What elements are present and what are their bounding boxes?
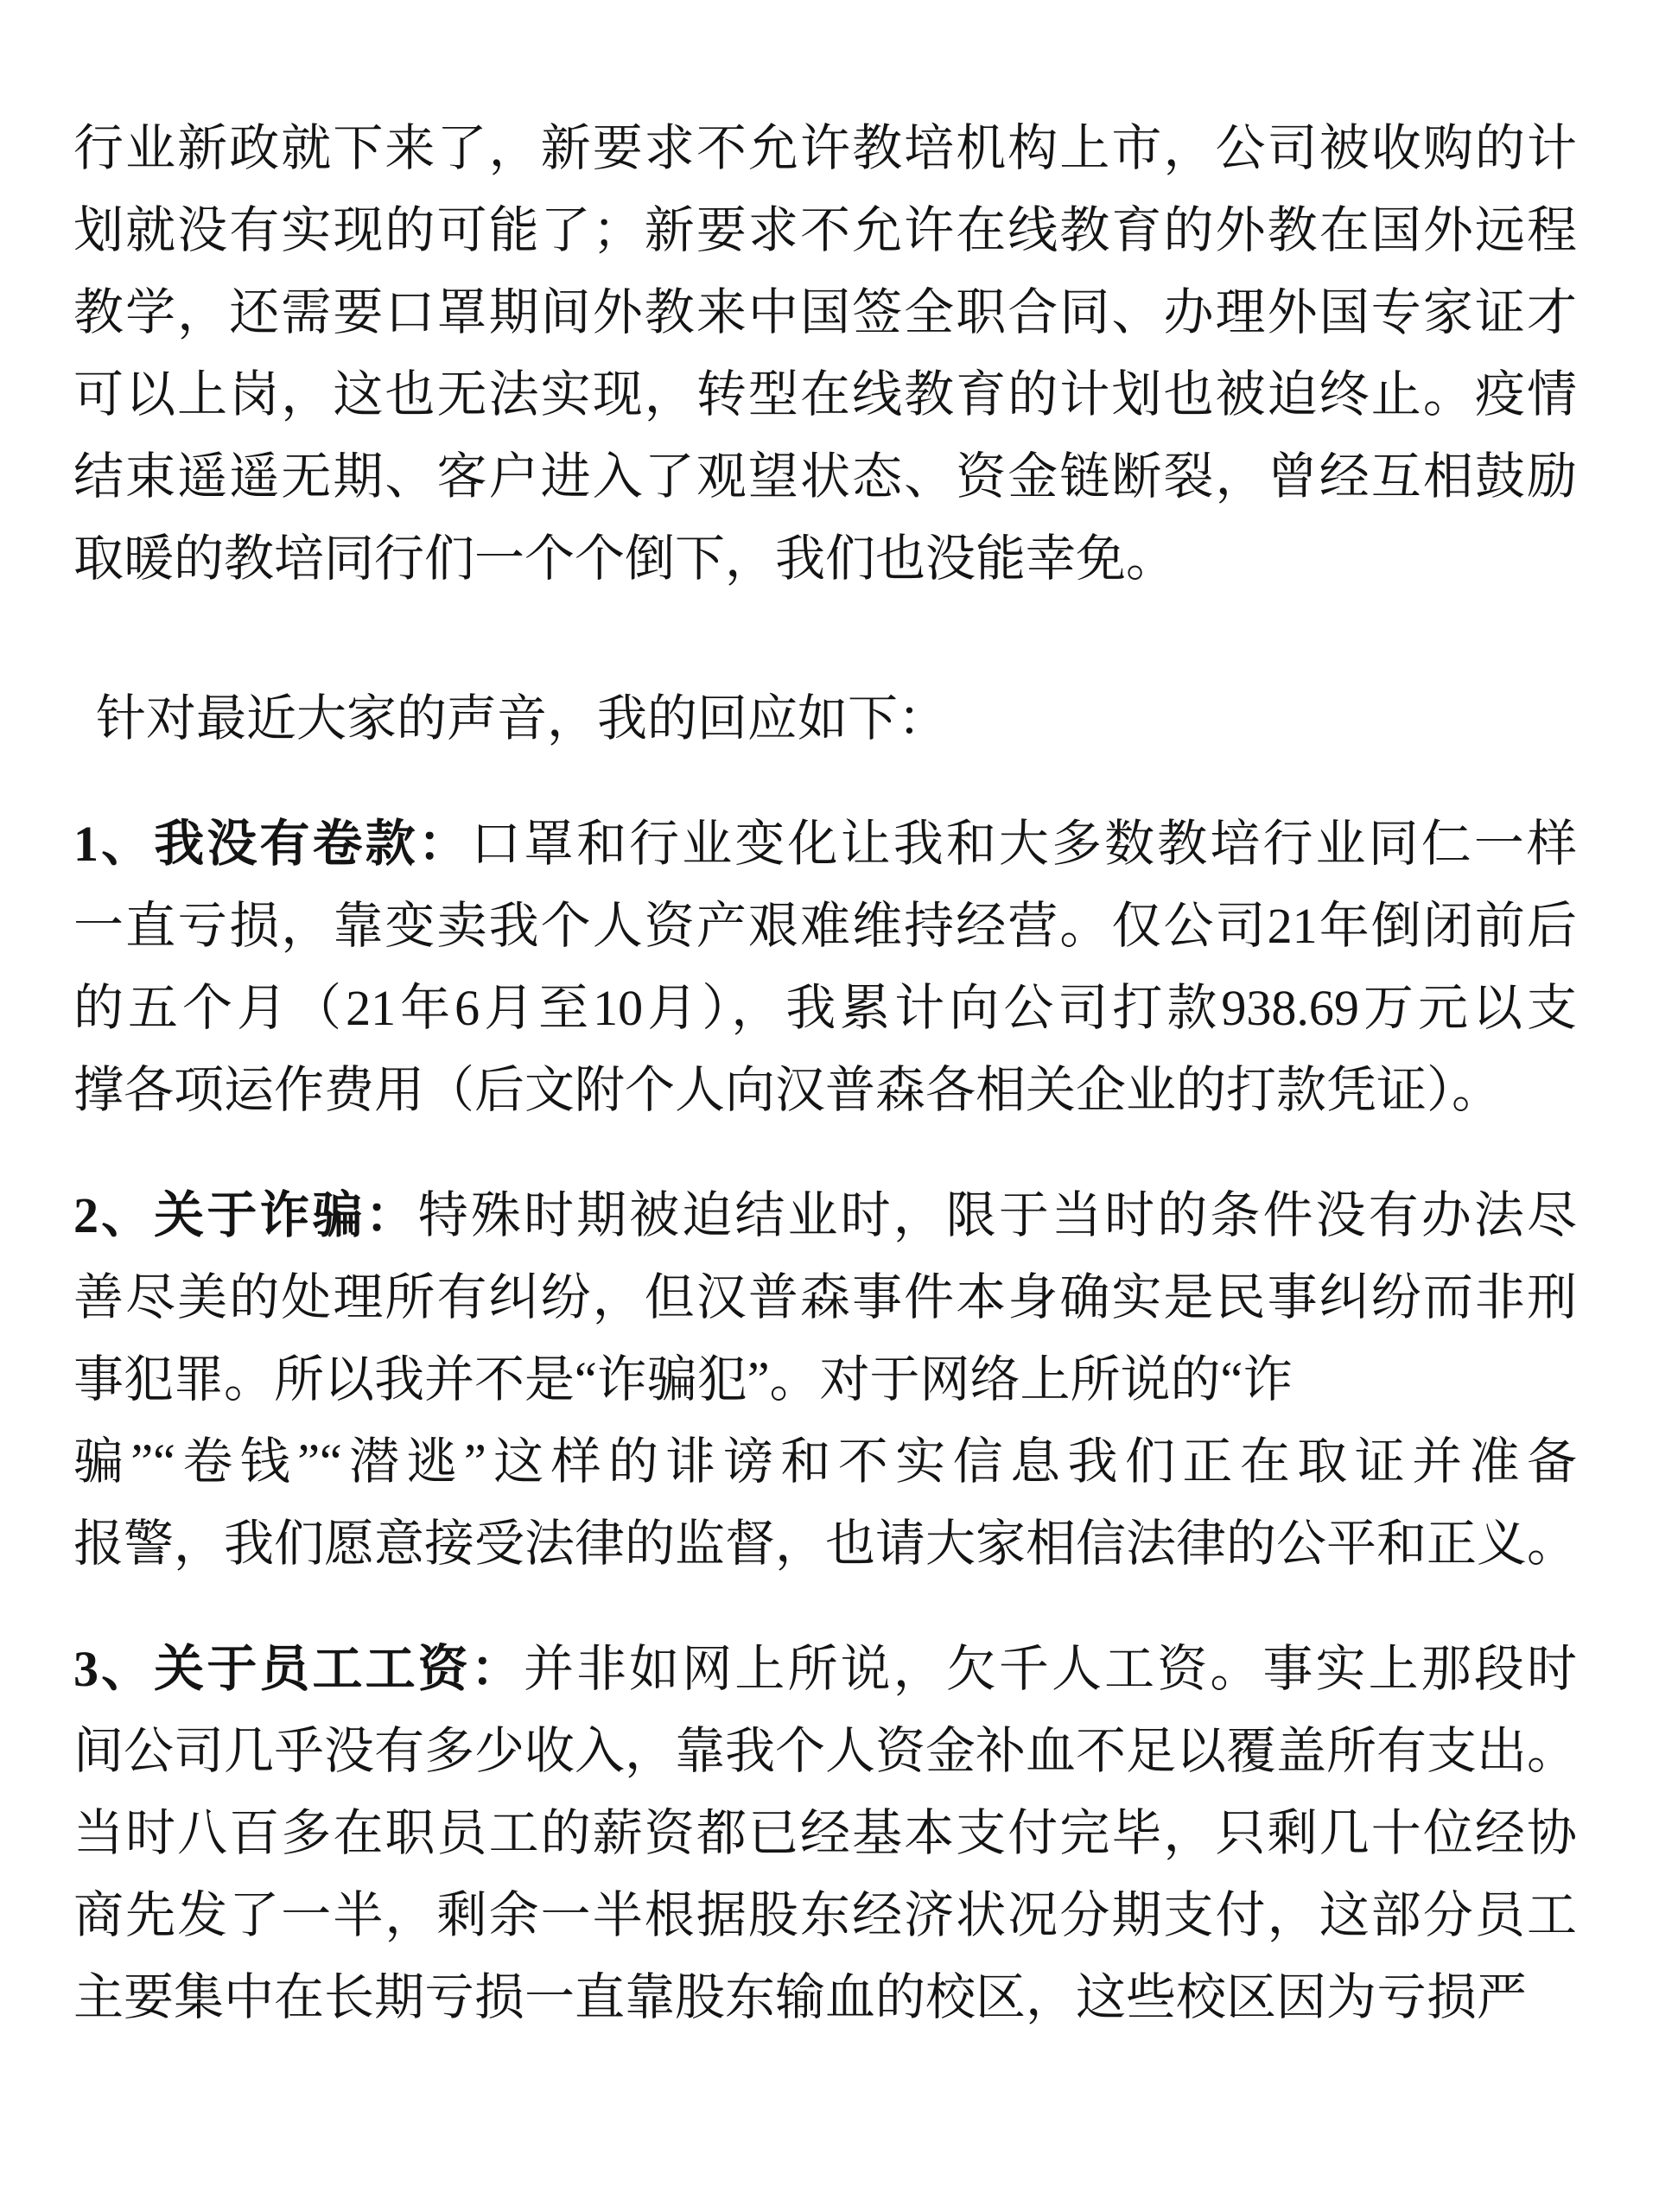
text-run: 结束遥遥无期、客户进入了观望状态、资金链断裂，曾经互相鼓励 (73, 448, 1577, 505)
text-line: 商先发了一半，剩余一半根据股东经济状况分期支付，这部分员工 (73, 1874, 1577, 1956)
bold-lead-run: 2、关于诈骗： (73, 1187, 418, 1243)
text-line: 骗”“卷钱”“潜逃”这样的诽谤和不实信息我们正在取证并准备 (73, 1421, 1577, 1503)
text-line: 教学，还需要口罩期间外教来中国签全职合同、办理外国专家证才 (73, 271, 1577, 353)
text-run: 教学，还需要口罩期间外教来中国签全职合同、办理外国专家证才 (73, 284, 1577, 340)
text-line: 3、关于员工工资：并非如网上所说，欠千人工资。事实上那段时 (73, 1628, 1577, 1710)
text-line: 事犯罪。所以我并不是“诈骗犯”。对于网络上所说的“诈 (73, 1338, 1577, 1421)
text-line: 2、关于诈骗：特殊时期被迫结业时，限于当时的条件没有办法尽 (73, 1174, 1577, 1256)
text-run: 划就没有实现的可能了；新要求不允许在线教育的外教在国外远程 (73, 202, 1577, 258)
text-run: 行业新政就下来了，新要求不允许教培机构上市，公司被收购的计 (73, 120, 1577, 176)
text-line: 结束遥遥无期、客户进入了观望状态、资金链断裂，曾经互相鼓励 (73, 435, 1577, 518)
text-run: 撑各项运作费用（后文附个人向汉普森各相关企业的打款凭证）。 (73, 1062, 1502, 1118)
text-line: 行业新政就下来了，新要求不允许教培机构上市，公司被收购的计 (73, 107, 1577, 189)
text-run: 一直亏损，靠变卖我个人资产艰难维持经营。仅公司21年倒闭前后 (73, 898, 1577, 954)
text-run: 针对最近大家的声音，我的回应如下： (96, 690, 948, 747)
text-run: 事犯罪。所以我并不是“诈骗犯”。对于网络上所说的“诈 (73, 1351, 1293, 1408)
item-2-about-fraud-claims: 2、关于诈骗：特殊时期被迫结业时，限于当时的条件没有办法尽善尽美的处理所有纠纷，… (73, 1174, 1577, 1585)
text-line: 间公司几乎没有多少收入，靠我个人资金补血不足以覆盖所有支出。 (73, 1710, 1577, 1792)
text-line: 当时八百多在职员工的薪资都已经基本支付完毕，只剩几十位经协 (73, 1792, 1577, 1874)
bold-lead-run: 3、关于员工工资： (73, 1641, 524, 1697)
text-line: 划就没有实现的可能了；新要求不允许在线教育的外教在国外远程 (73, 189, 1577, 271)
text-line: 的五个月（21年6月至10月），我累计向公司打款938.69万元以支 (73, 967, 1577, 1049)
item-1-no-absconding-with-money: 1、我没有卷款：口罩和行业变化让我和大多数教培行业同仁一样一直亏损，靠变卖我个人… (73, 803, 1577, 1131)
text-run: 主要集中在长期亏损一直靠股东输血的校区，这些校区因为亏损严 (73, 1969, 1527, 2025)
text-run: 取暖的教培同行们一个个倒下，我们也没能幸免。 (73, 531, 1176, 587)
document-body: 行业新政就下来了，新要求不允许教培机构上市，公司被收购的计划就没有实现的可能了；… (0, 0, 1659, 2038)
text-run: 当时八百多在职员工的薪资都已经基本支付完毕，只剩几十位经协 (73, 1805, 1577, 1861)
text-run: 报警，我们愿意接受法律的监督，也请大家相信法律的公平和正义。 (73, 1516, 1577, 1572)
text-line: 善尽美的处理所有纠纷，但汉普森事件本身确实是民事纠纷而非刑 (73, 1256, 1577, 1338)
text-run: 可以上岗，这也无法实现，转型在线教育的计划也被迫终止。疫情 (73, 366, 1577, 423)
text-run: 的五个月（21年6月至10月），我累计向公司打款938.69万元以支 (73, 980, 1577, 1036)
paragraph-response-intro: 针对最近大家的声音，我的回应如下： (73, 677, 1577, 760)
text-line: 1、我没有卷款：口罩和行业变化让我和大多数教培行业同仁一样 (73, 803, 1577, 885)
text-run: 善尽美的处理所有纠纷，但汉普森事件本身确实是民事纠纷而非刑 (73, 1269, 1577, 1325)
text-run: 间公司几乎没有多少收入，靠我个人资金补血不足以覆盖所有支出。 (73, 1723, 1577, 1779)
text-run: 商先发了一半，剩余一半根据股东经济状况分期支付，这部分员工 (73, 1887, 1577, 1943)
text-line: 主要集中在长期亏损一直靠股东输血的校区，这些校区因为亏损严 (73, 1956, 1577, 2038)
document-page: 行业新政就下来了，新要求不允许教培机构上市，公司被收购的计划就没有实现的可能了；… (0, 0, 1659, 2212)
text-line: 报警，我们愿意接受法律的监督，也请大家相信法律的公平和正义。 (73, 1503, 1577, 1585)
text-line: 可以上岗，这也无法实现，转型在线教育的计划也被迫终止。疫情 (73, 353, 1577, 435)
item-3-about-employee-wages: 3、关于员工工资：并非如网上所说，欠千人工资。事实上那段时间公司几乎没有多少收入… (73, 1628, 1577, 2038)
text-run: 并非如网上所说，欠千人工资。事实上那段时 (524, 1641, 1577, 1697)
text-line: 针对最近大家的声音，我的回应如下： (73, 677, 1577, 760)
text-run: 口罩和行业变化让我和大多数教培行业同仁一样 (471, 816, 1577, 872)
paragraph-policy-impact: 行业新政就下来了，新要求不允许教培机构上市，公司被收购的计划就没有实现的可能了；… (73, 107, 1577, 600)
text-run: 特殊时期被迫结业时，限于当时的条件没有办法尽 (418, 1187, 1577, 1243)
text-run: 骗”“卷钱”“潜逃”这样的诽谤和不实信息我们正在取证并准备 (73, 1433, 1577, 1490)
bold-lead-run: 1、我没有卷款： (73, 816, 471, 872)
text-line: 一直亏损，靠变卖我个人资产艰难维持经营。仅公司21年倒闭前后 (73, 885, 1577, 967)
text-line: 撑各项运作费用（后文附个人向汉普森各相关企业的打款凭证）。 (73, 1049, 1577, 1131)
text-line: 取暖的教培同行们一个个倒下，我们也没能幸免。 (73, 518, 1577, 600)
